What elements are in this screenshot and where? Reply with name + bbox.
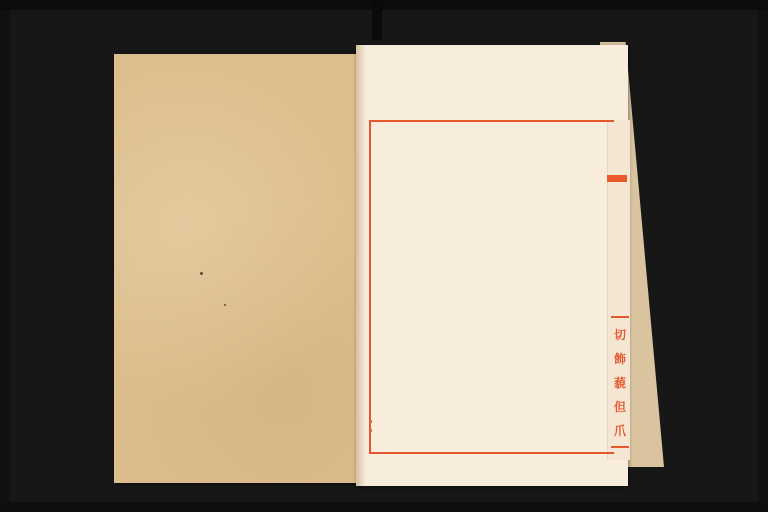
spine-shade	[356, 45, 366, 486]
frame-left	[0, 0, 10, 512]
fold-mark	[607, 175, 627, 182]
gutter-dot	[370, 429, 372, 432]
frame-divider	[372, 0, 382, 40]
frame-top	[0, 0, 768, 10]
edge-line-bottom	[611, 446, 629, 448]
edge-char: 切	[614, 328, 630, 342]
edge-characters: 切 飾 藐 但 爪	[614, 328, 630, 438]
edge-char: 爪	[614, 424, 630, 438]
frame-right	[758, 0, 768, 512]
gutter-dot	[370, 420, 372, 423]
frame-bottom	[0, 502, 768, 512]
edge-line-top	[611, 316, 629, 318]
gutter-marks	[370, 420, 372, 432]
page-frame-border	[369, 120, 614, 454]
cover-speck	[224, 304, 226, 306]
edge-char: 藐	[614, 376, 630, 390]
edge-char: 但	[614, 400, 630, 414]
edge-char: 飾	[614, 352, 630, 366]
cover-speck	[200, 272, 203, 275]
book-cover	[114, 54, 358, 483]
